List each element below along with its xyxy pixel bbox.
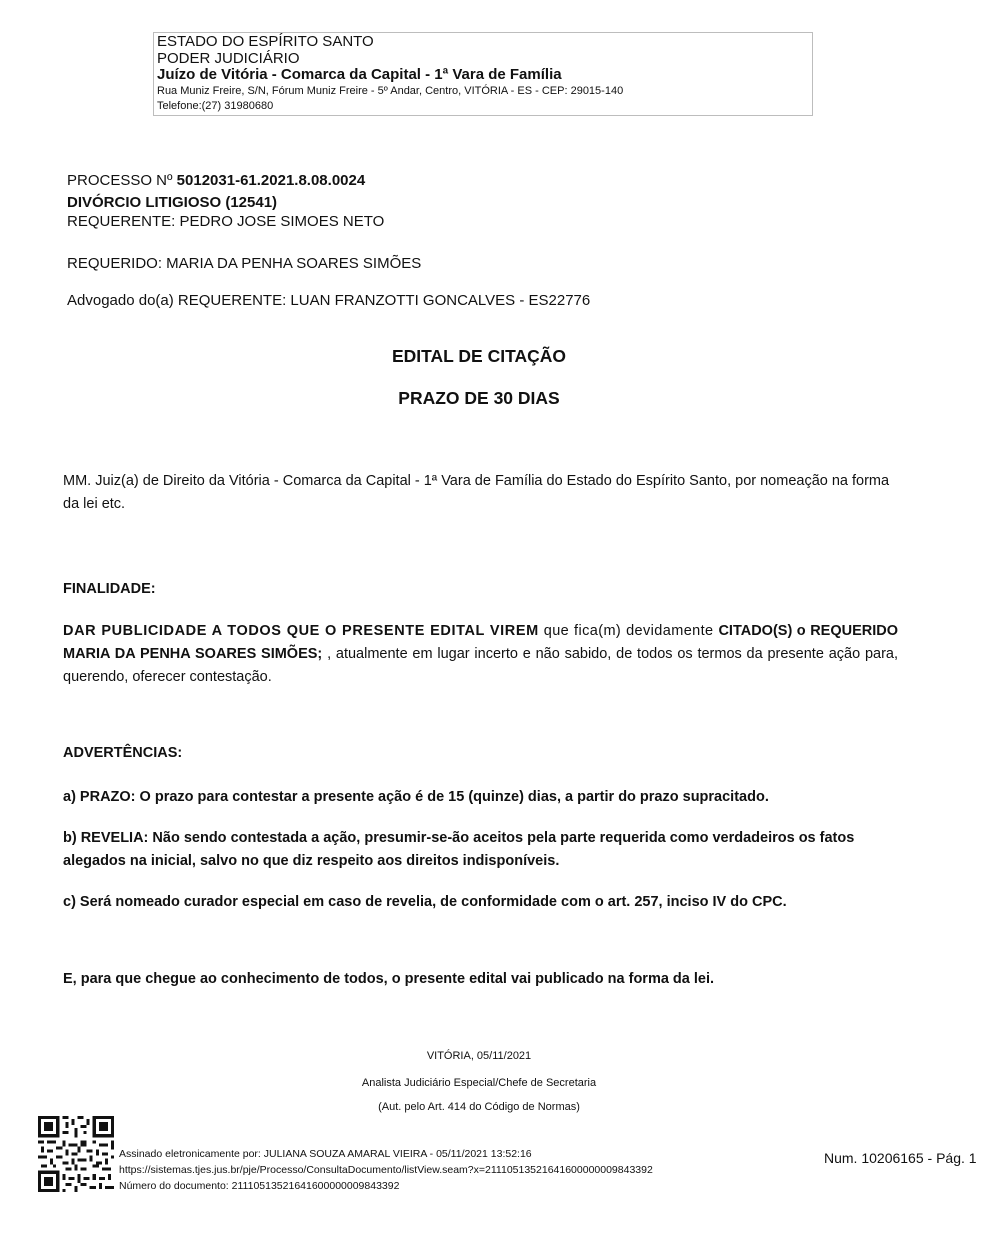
page-number: Num. 10206165 - Pág. 1 — [824, 1150, 977, 1166]
header-state: ESTADO DO ESPÍRITO SANTO — [157, 34, 809, 51]
header-court: Juízo de Vitória - Comarca da Capital - … — [157, 67, 809, 84]
plaintiff: REQUERENTE: PEDRO JOSE SIMOES NETO — [67, 213, 384, 230]
purpose-heading: FINALIDADE: — [63, 578, 156, 601]
purpose-text-1: que fica(m) devidamente — [539, 623, 719, 639]
header-address: Rua Muniz Freire, S/N, Fórum Muniz Freir… — [157, 84, 809, 99]
deadline-title: PRAZO DE 30 DIAS — [0, 388, 958, 409]
case-class: DIVÓRCIO LITIGIOSO (12541) — [67, 194, 277, 211]
warning-item: c) Será nomeado curador especial em caso… — [63, 891, 898, 914]
document-number: Número do documento: 2111051352164160000… — [119, 1178, 399, 1194]
closing-statement: E, para que chegue ao conhecimento de to… — [63, 968, 714, 991]
defendant: REQUERIDO: MARIA DA PENHA SOARES SIMÕES — [67, 255, 421, 272]
warning-item: b) REVELIA: Não sendo contestada a ação,… — [63, 827, 883, 873]
signature-role: Analista Judiciário Especial/Chefe de Se… — [0, 1077, 958, 1089]
intro-paragraph: MM. Juiz(a) de Direito da Vitória - Coma… — [63, 470, 893, 516]
qr-code-icon — [38, 1116, 114, 1192]
process-number: PROCESSO Nº 5012031-61.2021.8.08.0024 — [67, 172, 365, 189]
header-branch: PODER JUDICIÁRIO — [157, 51, 809, 68]
signature-authorization: (Aut. pelo Art. 414 do Código de Normas) — [0, 1101, 958, 1113]
signature-place-date: VITÓRIA, 05/11/2021 — [0, 1050, 958, 1062]
document-url[interactable]: https://sistemas.tjes.jus.br/pje/Process… — [119, 1162, 653, 1178]
warnings-heading: ADVERTÊNCIAS: — [63, 742, 182, 765]
header-phone: Telefone:(27) 31980680 — [157, 99, 809, 114]
purpose-bold-1: DAR PUBLICIDADE A TODOS QUE O PRESENTE E… — [63, 623, 539, 639]
lawyer: Advogado do(a) REQUERENTE: LUAN FRANZOTT… — [67, 292, 590, 309]
signed-by: Assinado eletronicamente por: JULIANA SO… — [119, 1146, 532, 1162]
court-header-box: ESTADO DO ESPÍRITO SANTO PODER JUDICIÁRI… — [153, 32, 813, 116]
process-label: PROCESSO Nº — [67, 172, 177, 189]
process-number-value: 5012031-61.2021.8.08.0024 — [177, 172, 366, 189]
purpose-paragraph: DAR PUBLICIDADE A TODOS QUE O PRESENTE E… — [63, 620, 898, 689]
document-title: EDITAL DE CITAÇÃO — [0, 346, 958, 367]
warning-item: a) PRAZO: O prazo para contestar a prese… — [63, 786, 898, 809]
